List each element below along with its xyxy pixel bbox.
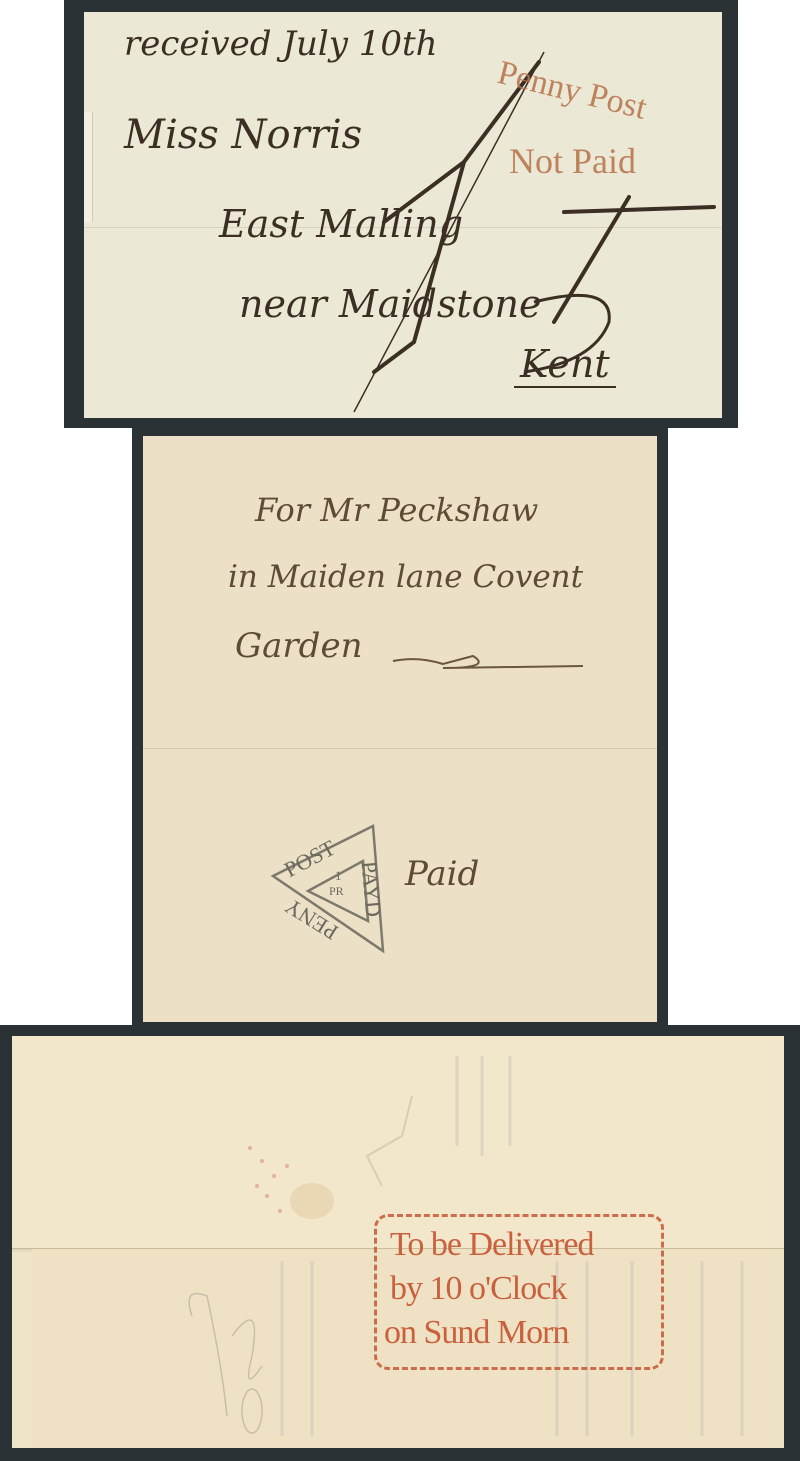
- triangle-stamp-center-top: 1: [335, 868, 342, 884]
- triangle-stamp-center-bottom: PR: [329, 884, 344, 899]
- cover-3-paper: To be Delivered by 10 o'Clock on Sund Mo…: [12, 1036, 784, 1448]
- cover-1-paper: received July 10th Miss Norris East Mall…: [84, 12, 722, 418]
- penny-post-stamp-line2: Not Paid: [509, 140, 636, 182]
- rate-marking-strokes: [84, 12, 722, 418]
- triangle-stamp-right: PAYD: [356, 860, 387, 918]
- delivery-stamp-line1: To be Delivered: [390, 1226, 594, 1264]
- delivery-stamp-line2: by 10 o'Clock: [390, 1270, 566, 1308]
- triangle-stamp-frame: [143, 436, 657, 1022]
- delivery-stamp-line3: on Sund Morn: [384, 1314, 568, 1352]
- cover-2-paper: For Mr Peckshaw in Maiden lane Covent Ga…: [143, 436, 657, 1022]
- paid-signature: Paid: [405, 854, 479, 894]
